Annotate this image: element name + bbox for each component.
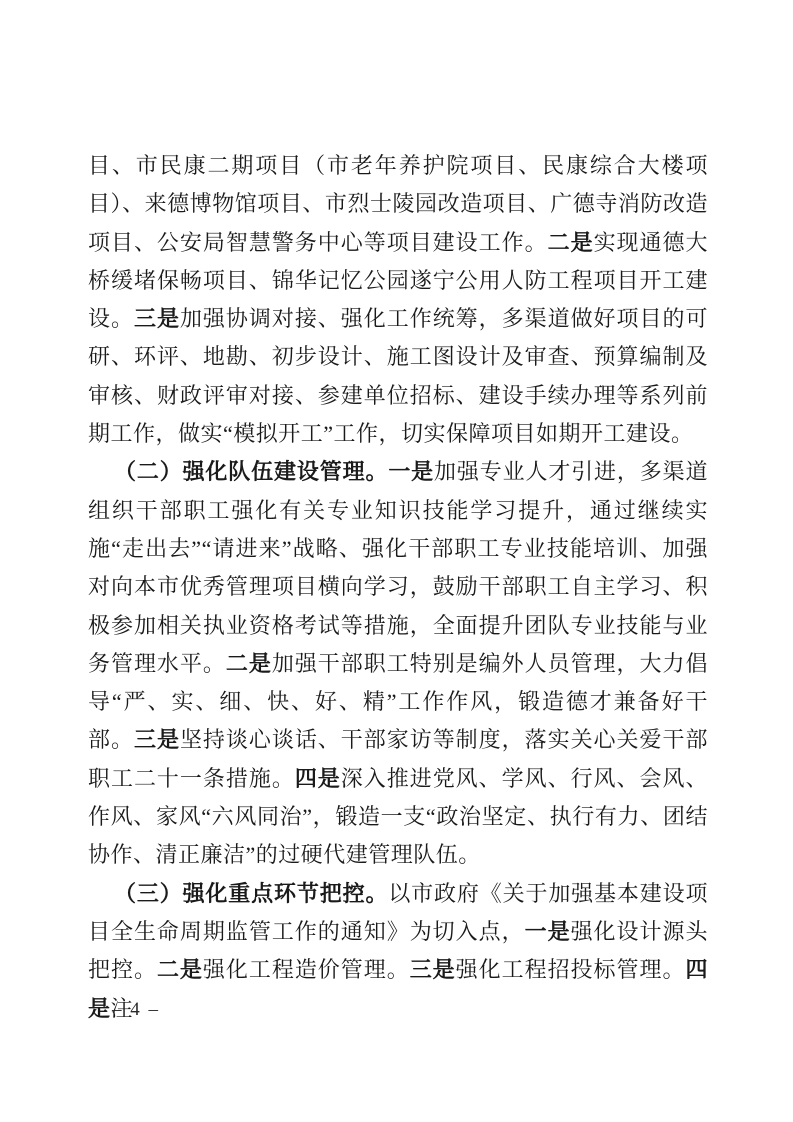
bold-text-segment: （三）强化重点环节把控。 [114,881,388,906]
text-segment: 加强专业人才引进，多渠道组织干部职工强化有关专业知识技能学习提升，通过继续实施“… [88,459,708,675]
text-segment: 加强协调对接、强化工作统筹，多渠道做好项目的可研、环评、地勘、初步设计、施工图设… [88,306,708,446]
bold-text-segment: 三是 [134,727,180,752]
document-body: 目、市民康二期项目（市老年养护院项目、民康综合大楼项目）、来德博物馆项目、市烈士… [88,147,708,1028]
text-segment: 强化工程造价管理。 [203,957,410,982]
bold-text-segment: 二是 [157,957,203,982]
bold-text-segment: 四是 [295,766,341,791]
text-segment: 强化工程招投标管理。 [456,957,686,982]
paragraph: 目、市民康二期项目（市老年养护院项目、民康综合大楼项目）、来德博物馆项目、市烈士… [88,147,708,453]
page-number: – 4 – [112,998,160,1022]
bold-text-segment: 二是 [548,230,594,255]
bold-text-segment: 三是 [134,306,180,331]
bold-text-segment: 一是 [525,919,571,944]
bold-text-segment: 二是 [226,651,272,676]
bold-text-segment: 三是 [410,957,456,982]
bold-text-segment: （二）强化队伍建设管理。 [114,459,388,484]
paragraph: （三）强化重点环节把控。以市政府《关于加强基本建设项目全生命周期监管工作的通知》… [88,875,708,1028]
document-page: 目、市民康二期项目（市老年养护院项目、民康综合大楼项目）、来德博物馆项目、市烈士… [0,0,793,1122]
bold-text-segment: 一是 [388,459,434,484]
paragraph: （二）强化队伍建设管理。一是加强专业人才引进，多渠道组织干部职工强化有关专业知识… [88,453,708,874]
